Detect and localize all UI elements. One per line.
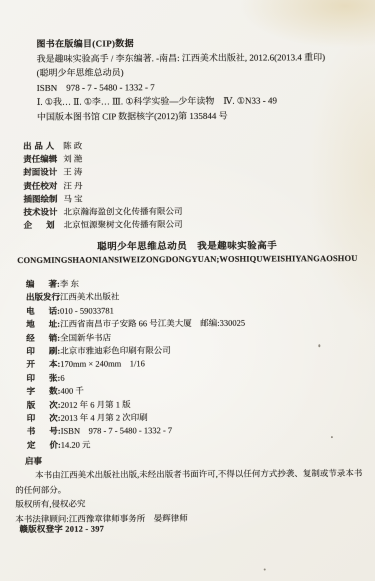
pub-label: 编著 [26, 278, 57, 292]
pub-label: 地址 [26, 318, 57, 332]
credit-label: 技术设计 [23, 206, 54, 219]
credit-row-technical-design: 技术设计北京瀚海盈创文化传播有限公司 [23, 205, 182, 219]
pub-value: ISBN 978 - 7 - 5480 - 1332 - 7 [61, 425, 173, 436]
credit-label: 出品人 [23, 140, 54, 153]
credits-block: 出品人陈 政 责任编辑刘 滟 封面设计王 涛 责任校对汪 丹 插图绘制马 宝 技… [23, 139, 183, 232]
series-title-block: 聪明少年思维总动员 我是趣味实验高手 CONGMINGSHAONIANSIWEI… [0, 240, 375, 267]
credit-row-editor: 责任编辑刘 滟 [23, 152, 182, 166]
credit-label: 封面设计 [23, 166, 54, 179]
credit-row-producer: 出品人陈 政 [23, 139, 182, 153]
scan-speck [264, 569, 266, 571]
credit-label: 企划 [24, 219, 55, 232]
pub-value: 北京市雅迪彩色印刷有限公司 [60, 345, 171, 356]
pub-label: 印次 [27, 412, 58, 426]
cip-line-title: 我是趣味实验高手 / 李东编著. -南昌: 江西美术出版社, 2012.6(20… [37, 49, 367, 66]
notice-block: 启事 本书由江西美术出版社出版,未经出版者书面许可,不得以任何方式抄袭、复制或节… [15, 452, 367, 526]
page-content: 图书在版编目(CIP)数据 我是趣味实验高手 / 李东编著. -南昌: 江西美术… [0, 0, 375, 581]
pub-label: 开本 [26, 358, 57, 372]
pub-value: 170mm × 240mm 1/16 [60, 359, 145, 370]
pub-label: 印张 [26, 372, 57, 386]
pub-row-author: 编著:李 东 [26, 277, 245, 292]
pub-row-isbn: 书号:ISBN 978 - 7 - 5480 - 1332 - 7 [27, 424, 246, 439]
credit-value: 刘 滟 [63, 154, 82, 164]
credit-row-illustrator: 插图绘制马 宝 [23, 192, 182, 206]
cip-line-record-number: 中国版本图书馆 CIP 数据核字(2012)第 135844 号 [37, 108, 367, 125]
credit-row-proofreader: 责任校对汪 丹 [23, 179, 182, 193]
pub-value: 010 - 59033781 [60, 305, 114, 315]
pub-value: 2012 年 6 月第 1 版 [61, 399, 131, 409]
publication-block: 编著:李 东 出版发行:江西美术出版社 电话:010 - 59033781 地址… [26, 277, 246, 452]
pub-label: 印刷 [26, 345, 57, 359]
pub-row-word-count: 字数:400 千 [27, 384, 246, 399]
pub-row-address: 地址:江西省南昌市子安路 66 号江美大厦 邮编:330025 [26, 317, 245, 332]
notice-paragraph: 本书由江西美术出版社出版,未经出版者书面许可,不得以任何方式抄袭、复制或节录本书… [15, 466, 364, 497]
credit-row-planning: 企划北京恒源聚树文化传播有限公司 [24, 218, 183, 232]
credit-value: 陈 政 [63, 141, 82, 151]
credit-row-cover-design: 封面设计王 涛 [23, 165, 182, 179]
pub-row-format: 开本:170mm × 240mm 1/16 [26, 357, 245, 372]
pub-row-distribution: 经销:全国新华书店 [26, 330, 245, 345]
pub-value: 江西省南昌市子安路 66 号江美大厦 邮编:330025 [60, 318, 245, 329]
pub-value: 江西美术出版社 [60, 292, 120, 302]
pub-row-impression: 印次:2013 年 4 月第 2 次印刷 [27, 411, 246, 426]
copyright-page: 图书在版编目(CIP)数据 我是趣味实验高手 / 李东编著. -南昌: 江西美术… [0, 0, 375, 581]
pub-row-edition: 版次:2012 年 6 月第 1 版 [27, 397, 246, 412]
credit-value: 汪 丹 [63, 180, 82, 190]
scan-speck [331, 436, 333, 438]
pub-label: 经销 [26, 331, 57, 345]
pub-value: 400 千 [60, 386, 83, 396]
pub-value: 李 东 [60, 279, 79, 289]
credit-value: 北京瀚海盈创文化传播有限公司 [63, 206, 182, 217]
pub-row-price: 定价:14.20 元 [27, 437, 246, 452]
pub-label: 版次 [27, 398, 58, 412]
pub-value: 14.20 元 [61, 439, 91, 449]
pub-row-publisher: 出版发行:江西美术出版社 [26, 290, 245, 305]
pub-label: 书号 [27, 425, 58, 439]
pub-row-printer: 印刷:北京市雅迪彩色印刷有限公司 [26, 344, 245, 359]
credit-label: 责任编辑 [23, 153, 54, 166]
pub-label: 出版发行 [26, 291, 57, 305]
registration-number: 赣版权登字 2012 - 397 [19, 523, 104, 536]
pub-value: 全国新华书店 [60, 332, 111, 342]
pub-label: 电话 [26, 305, 57, 319]
pub-row-sheets: 印张:6 [26, 370, 245, 385]
cip-block: 图书在版编目(CIP)数据 我是趣味实验高手 / 李东编著. -南昌: 江西美术… [36, 35, 367, 125]
pub-value: 2013 年 4 月第 2 次印刷 [61, 412, 148, 423]
credit-label: 责任校对 [23, 179, 54, 192]
pub-row-phone: 电话:010 - 59033781 [26, 303, 245, 318]
credit-value: 王 涛 [63, 167, 82, 177]
credit-label: 插图绘制 [23, 193, 54, 206]
credit-value: 马 宝 [63, 193, 82, 203]
scan-speck [318, 344, 320, 347]
credit-value: 北京恒源聚树文化传播有限公司 [64, 219, 183, 230]
series-title-pinyin: CONGMINGSHAONIANSIWEIZONGDONGYUAN;WOSHIQ… [0, 252, 375, 267]
pub-label: 定价 [27, 438, 58, 452]
pub-value: 6 [60, 372, 64, 382]
pub-label: 字数 [27, 385, 58, 399]
